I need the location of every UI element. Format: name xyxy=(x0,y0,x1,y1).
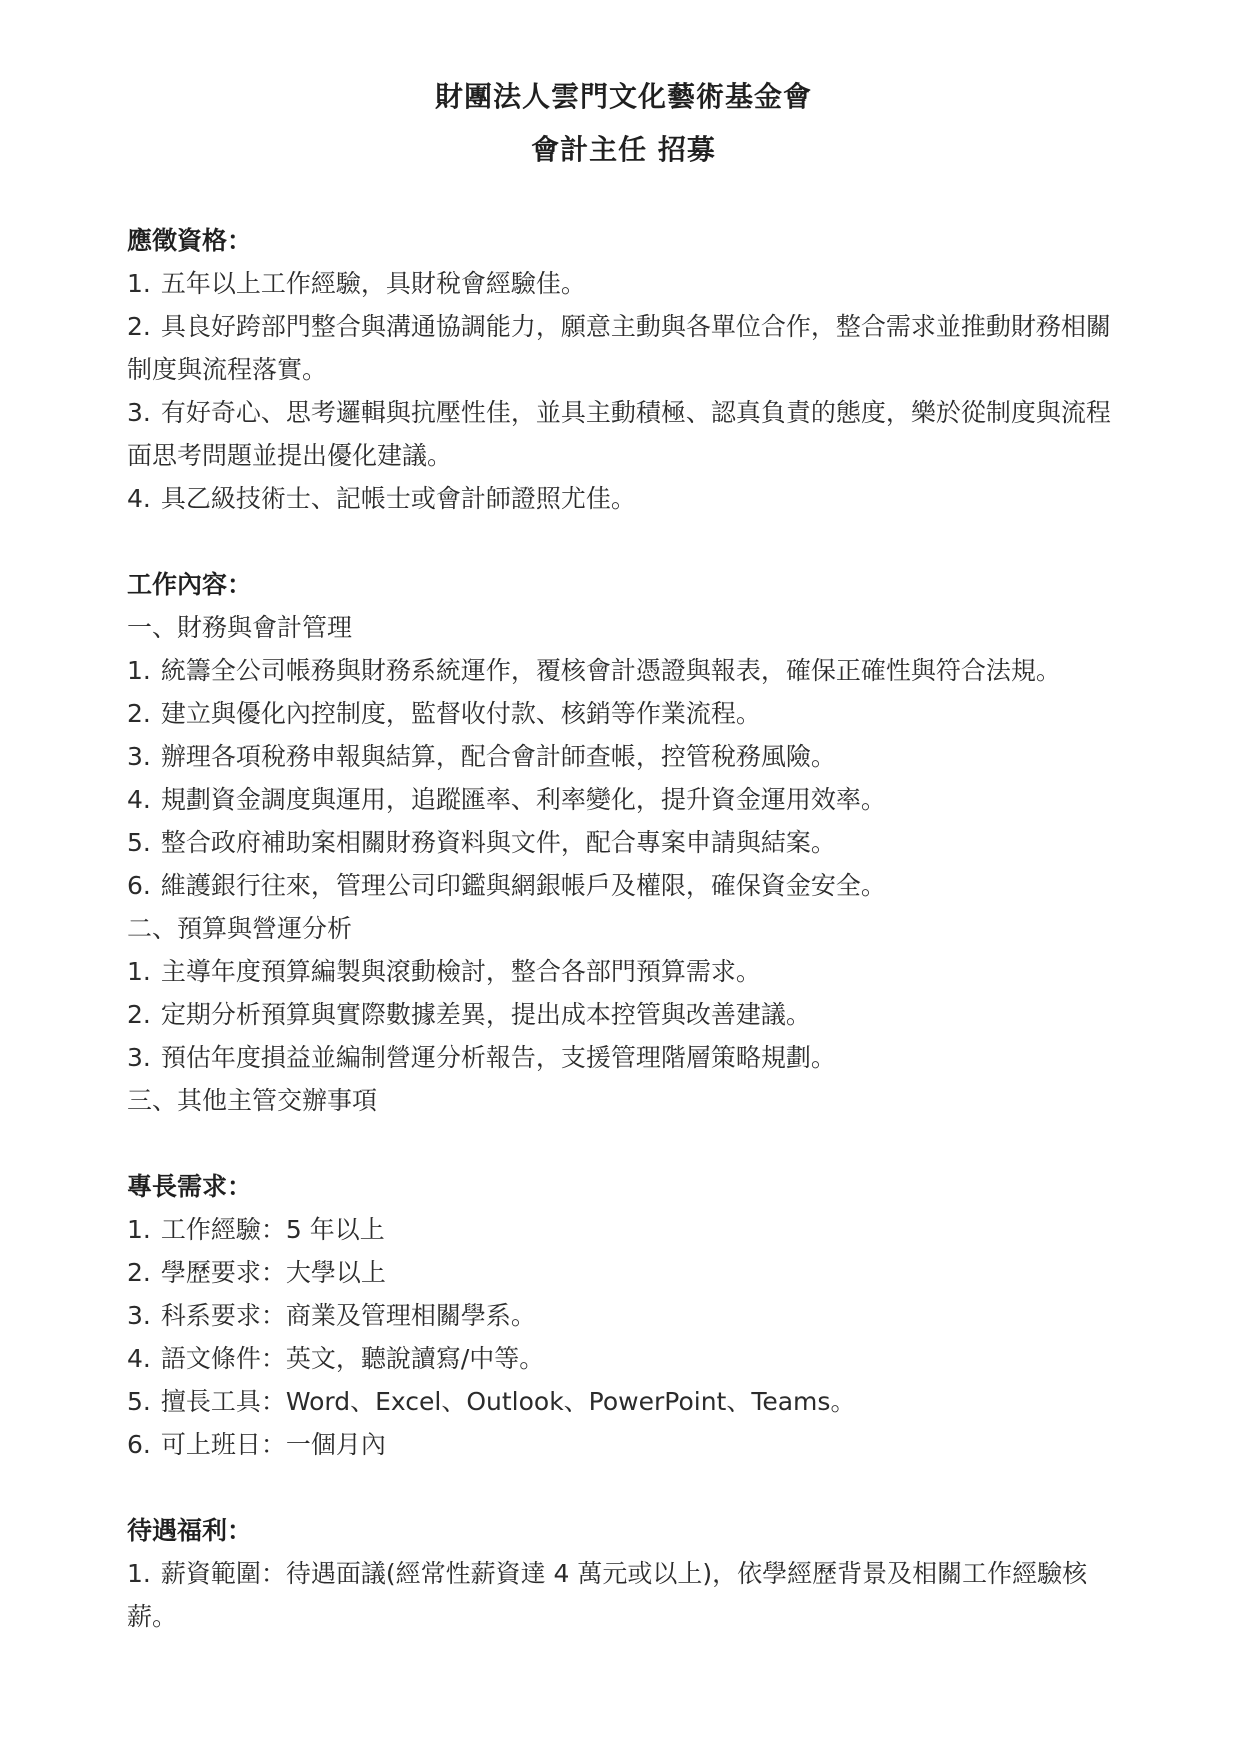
list-item: 4.具乙級技術士、記帳士或會計師證照尤佳。 xyxy=(127,477,1120,520)
list-item: 2.建立與優化內控制度，監督收付款、核銷等作業流程。 xyxy=(127,692,1120,735)
list-item: 1.工作經驗：5 年以上 xyxy=(127,1208,1120,1251)
item-text: 具良好跨部門整合與溝通協調能力，願意主動與各單位合作，整合需求並推動財務相關制度… xyxy=(127,312,1111,384)
item-text: 有好奇心、思考邏輯與抗壓性佳，並具主動積極、認真負責的態度，樂於從制度與流程面思… xyxy=(127,398,1111,470)
item-text: 規劃資金調度與運用，追蹤匯率、利率變化，提升資金運用效率。 xyxy=(161,785,886,814)
item-text: 預估年度損益並編制營運分析報告，支援管理階層策略規劃。 xyxy=(161,1043,836,1072)
item-number: 1. xyxy=(127,1552,151,1595)
list-item: 3.有好奇心、思考邏輯與抗壓性佳，並具主動積極、認真負責的態度，樂於從制度與流程… xyxy=(127,391,1120,477)
item-text: 工作經驗：5 年以上 xyxy=(161,1215,385,1244)
list-item: 1.主導年度預算編製與滾動檢討，整合各部門預算需求。 xyxy=(127,950,1120,993)
item-text: 擅長工具：Word、Excel、Outlook、PowerPoint、Teams… xyxy=(161,1387,856,1416)
job-content-heading: 工作內容： xyxy=(127,563,1120,606)
list-item: 5.擅長工具：Word、Excel、Outlook、PowerPoint、Tea… xyxy=(127,1380,1120,1423)
item-number: 4. xyxy=(127,1337,151,1380)
item-number: 1. xyxy=(127,1208,151,1251)
list-item: 2.具良好跨部門整合與溝通協調能力，願意主動與各單位合作，整合需求並推動財務相關… xyxy=(127,305,1120,391)
list-item: 1.統籌全公司帳務與財務系統運作，覆核會計憑證與報表，確保正確性與符合法規。 xyxy=(127,649,1120,692)
item-number: 6. xyxy=(127,864,151,907)
item-text: 維護銀行往來，管理公司印鑑與網銀帳戶及權限，確保資金安全。 xyxy=(161,871,886,900)
item-text: 整合政府補助案相關財務資料與文件，配合專案申請與結案。 xyxy=(161,828,836,857)
list-item: 6.可上班日：一個月內 xyxy=(127,1423,1120,1466)
item-number: 5. xyxy=(127,1380,151,1423)
item-number: 5. xyxy=(127,821,151,864)
item-text: 主導年度預算編製與滾動檢討，整合各部門預算需求。 xyxy=(161,957,761,986)
group-subheading: 二、預算與營運分析 xyxy=(127,907,1120,950)
section-qualifications: 應徵資格： 1.五年以上工作經驗，具財稅會經驗佳。 2.具良好跨部門整合與溝通協… xyxy=(127,219,1120,520)
item-text: 學歷要求：大學以上 xyxy=(161,1258,386,1287)
document-page: 財團法人雲門文化藝術基金會 會計主任 招募 應徵資格： 1.五年以上工作經驗，具… xyxy=(0,0,1241,1755)
item-text: 辦理各項稅務申報與結算，配合會計師查帳，控管稅務風險。 xyxy=(161,742,836,771)
item-number: 6. xyxy=(127,1423,151,1466)
item-number: 4. xyxy=(127,477,151,520)
section-skills: 專長需求： 1.工作經驗：5 年以上 2.學歷要求：大學以上 3.科系要求：商業… xyxy=(127,1165,1120,1466)
group-subheading: 一、財務與會計管理 xyxy=(127,606,1120,649)
item-text: 定期分析預算與實際數據差異，提出成本控管與改善建議。 xyxy=(161,1000,811,1029)
item-number: 2. xyxy=(127,692,151,735)
list-item: 3.科系要求：商業及管理相關學系。 xyxy=(127,1294,1120,1337)
item-number: 1. xyxy=(127,950,151,993)
item-text: 統籌全公司帳務與財務系統運作，覆核會計憑證與報表，確保正確性與符合法規。 xyxy=(161,656,1061,685)
item-number: 2. xyxy=(127,1251,151,1294)
list-item: 4.規劃資金調度與運用，追蹤匯率、利率變化，提升資金運用效率。 xyxy=(127,778,1120,821)
qualifications-heading: 應徵資格： xyxy=(127,219,1120,262)
item-number: 2. xyxy=(127,993,151,1036)
item-text: 薪資範圍：待遇面議(經常性薪資達 4 萬元或以上)，依學經歷背景及相關工作經驗核… xyxy=(127,1559,1087,1631)
item-number: 3. xyxy=(127,1036,151,1079)
document-title: 財團法人雲門文化藝術基金會 xyxy=(127,70,1120,123)
title-block: 財團法人雲門文化藝術基金會 會計主任 招募 xyxy=(127,70,1120,176)
list-item: 3.預估年度損益並編制營運分析報告，支援管理階層策略規劃。 xyxy=(127,1036,1120,1079)
skills-heading: 專長需求： xyxy=(127,1165,1120,1208)
list-item: 1.薪資範圍：待遇面議(經常性薪資達 4 萬元或以上)，依學經歷背景及相關工作經… xyxy=(127,1552,1120,1638)
item-text: 語文條件：英文，聽說讀寫/中等。 xyxy=(161,1344,544,1373)
list-item: 6.維護銀行往來，管理公司印鑑與網銀帳戶及權限，確保資金安全。 xyxy=(127,864,1120,907)
benefits-heading: 待遇福利： xyxy=(127,1509,1120,1552)
list-item: 4.語文條件：英文，聽說讀寫/中等。 xyxy=(127,1337,1120,1380)
list-item: 1.五年以上工作經驗，具財稅會經驗佳。 xyxy=(127,262,1120,305)
section-benefits: 待遇福利： 1.薪資範圍：待遇面議(經常性薪資達 4 萬元或以上)，依學經歷背景… xyxy=(127,1509,1120,1638)
group-subheading: 三、其他主管交辦事項 xyxy=(127,1079,1120,1122)
item-number: 1. xyxy=(127,649,151,692)
item-number: 4. xyxy=(127,778,151,821)
item-number: 2. xyxy=(127,305,151,348)
item-text: 五年以上工作經驗，具財稅會經驗佳。 xyxy=(161,269,586,298)
item-text: 具乙級技術士、記帳士或會計師證照尤佳。 xyxy=(161,484,636,513)
item-number: 3. xyxy=(127,1294,151,1337)
list-item: 2.學歷要求：大學以上 xyxy=(127,1251,1120,1294)
list-item: 3.辦理各項稅務申報與結算，配合會計師查帳，控管稅務風險。 xyxy=(127,735,1120,778)
section-job-content: 工作內容： 一、財務與會計管理 1.統籌全公司帳務與財務系統運作，覆核會計憑證與… xyxy=(127,563,1120,1122)
item-number: 1. xyxy=(127,262,151,305)
item-text: 可上班日：一個月內 xyxy=(161,1430,386,1459)
list-item: 5.整合政府補助案相關財務資料與文件，配合專案申請與結案。 xyxy=(127,821,1120,864)
document-subtitle: 會計主任 招募 xyxy=(127,123,1120,176)
item-text: 建立與優化內控制度，監督收付款、核銷等作業流程。 xyxy=(161,699,761,728)
item-text: 科系要求：商業及管理相關學系。 xyxy=(161,1301,536,1330)
item-number: 3. xyxy=(127,735,151,778)
list-item: 2.定期分析預算與實際數據差異，提出成本控管與改善建議。 xyxy=(127,993,1120,1036)
item-number: 3. xyxy=(127,391,151,434)
